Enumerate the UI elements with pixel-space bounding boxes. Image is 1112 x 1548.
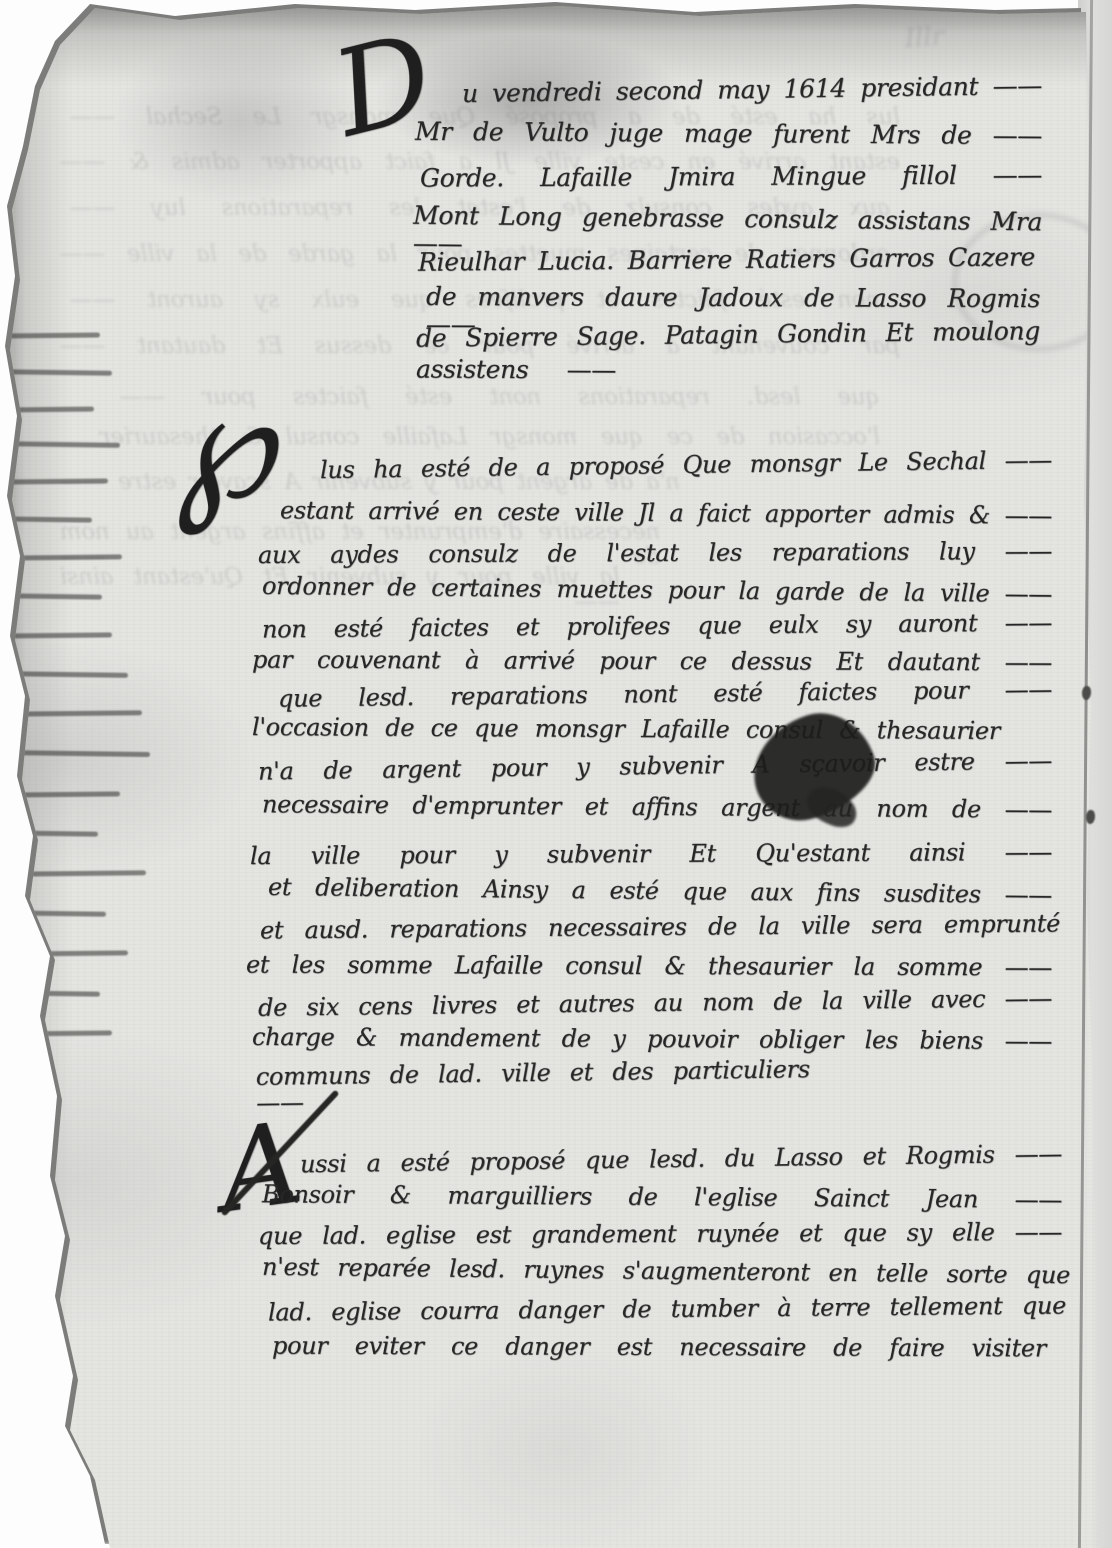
bleedthrough-dash [0, 632, 112, 638]
manuscript-line: la ville pour y subvenir Et Qu'estant ai… [250, 839, 1052, 870]
manuscript-line: Bonsoir & marguilliers de l'eglise Sainc… [262, 1181, 1062, 1213]
bleedthrough-dash [2, 830, 98, 836]
manuscript-line: non esté faictes et prolifees que eulx s… [262, 610, 1052, 643]
manuscript-line: pour eviter ce danger est necessaire de … [272, 1333, 1046, 1362]
manuscript-line: Gorde. Lafaille Jmira Mingue fillol —— [420, 161, 1042, 192]
bleedthrough-dash [8, 950, 128, 956]
manuscript-line: et deliberation Ainsy a esté que aux fin… [268, 874, 1052, 909]
manuscript-line: que lesd. reparations nont esté faictes … [278, 676, 1052, 712]
manuscript-line: de six cens livres et autres au nom de l… [258, 985, 1052, 1021]
manuscript-line: communs de lad. ville et des particulier… [256, 1056, 811, 1117]
manuscript-line: estant arrivé en ceste ville Jl a faict … [280, 497, 1052, 529]
bleedthrough-dash [4, 990, 100, 996]
bleedthrough-dash [2, 710, 142, 716]
bleedthrough-dash [2, 1030, 112, 1036]
manuscript-line: Mr de Vulto juge mage furent Mrs de —— [415, 118, 1042, 150]
manuscript-line: charge & mandement de y pouvoir obliger … [252, 1024, 1052, 1055]
bleedthrough-dash [2, 369, 112, 376]
manuscript-scan: lus ha esté de a proposé Que monsgr Le S… [0, 0, 1112, 1548]
manuscript-line: de Spierre Sage. Patagin Gondin Et moulo… [416, 317, 1040, 352]
manuscript-line: que lad. eglise est grandement ruynée et… [258, 1219, 1062, 1250]
manuscript-line: assistens —— [416, 355, 616, 384]
manuscript-line: lad. eglise courra danger de tumber à te… [268, 1293, 1066, 1326]
faint-annotation-mark: Illr [904, 16, 1026, 64]
bleedthrough-dash [4, 332, 100, 338]
manuscript-line: et ausd. reparations necessaires de la v… [260, 911, 1060, 944]
bleedthrough-dash [2, 910, 106, 916]
manuscript-line: par couvenant à arrivé pour ce dessus Et… [252, 647, 1052, 676]
manuscript-line: aux aydes consulz de l'estat les reparat… [258, 538, 1052, 569]
manuscript-line: Rieulhar Lucia. Barriere Ratiers Garros … [418, 243, 1035, 276]
manuscript-line: n'a de argent pour y subvenir A sçavoir … [258, 747, 1052, 784]
ornamental-initial-paragraph1: ℘ [160, 367, 280, 527]
manuscript-line: ussi a esté proposé que lesd. du Lasso e… [300, 1141, 1062, 1178]
manuscript-line: necessaire d'emprunter et affins argent … [262, 791, 1052, 823]
manuscript-page: lus ha esté de a proposé Que monsgr Le S… [0, 0, 1112, 1548]
manuscript-line: u vendredi second may 1614 presidant —— [462, 72, 1042, 108]
bleedthrough-dash [4, 478, 108, 484]
bleedthrough-dash [2, 441, 120, 448]
manuscript-line: ordonner de certaines muettes pour la ga… [262, 573, 1052, 608]
bleedthrough-dash [6, 870, 146, 876]
manuscript-line: et les somme Lafaille consul & thesaurie… [246, 952, 1052, 981]
manuscript-line: lus ha esté de a proposé Que monsgr Le S… [320, 447, 1052, 484]
manuscript-line: n'est reparée lesd. ruynes s'augmenteron… [262, 1254, 1070, 1289]
manuscript-line: l'occasion de ce que monsgr Lafaille con… [252, 714, 1000, 744]
